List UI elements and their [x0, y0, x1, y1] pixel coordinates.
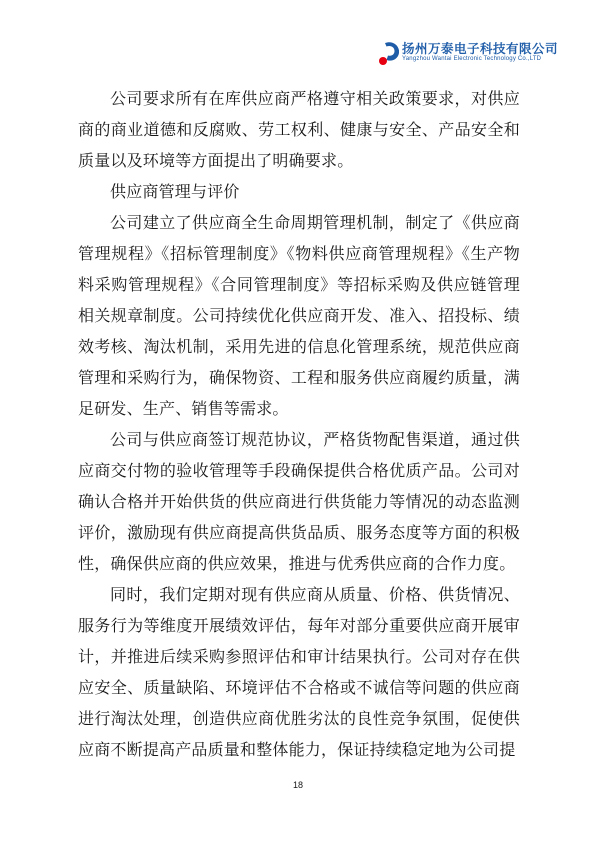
- document-body: 公司要求所有在库供应商严格遵守相关政策要求，对供应商的商业道德和反腐败、劳工权利…: [78, 84, 520, 766]
- report-page: 扬州万泰电子科技有限公司 Yangzhou Wantai Electronic …: [0, 0, 596, 842]
- company-logo-icon: [378, 42, 399, 66]
- paragraph-lifecycle-management: 公司建立了供应商全生命周期管理机制，制定了《供应商管理规程》《招标管理制度》《物…: [78, 208, 520, 425]
- page-number: 18: [0, 780, 596, 790]
- company-name-zh: 扬州万泰电子科技有限公司: [402, 42, 558, 56]
- paragraph-performance-audit-elimination: 同时，我们定期对现有供应商从质量、价格、供货情况、服务行为等维度开展绩效评估，每…: [78, 580, 520, 766]
- paragraph-agreement-dynamic-evaluation: 公司与供应商签订规范协议，严格货物配售渠道，通过供应商交付物的验收管理等手段确保…: [78, 425, 520, 580]
- page-header: 扬州万泰电子科技有限公司 Yangzhou Wantai Electronic …: [0, 0, 596, 80]
- company-logo-text: 扬州万泰电子科技有限公司 Yangzhou Wantai Electronic …: [402, 42, 558, 63]
- company-logo: 扬州万泰电子科技有限公司 Yangzhou Wantai Electronic …: [378, 42, 558, 66]
- section-heading-supplier-management: 供应商管理与评价: [78, 177, 520, 208]
- paragraph-supplier-policy: 公司要求所有在库供应商严格遵守相关政策要求，对供应商的商业道德和反腐败、劳工权利…: [78, 84, 520, 177]
- company-name-en: Yangzhou Wantai Electronic Technology Co…: [402, 56, 558, 63]
